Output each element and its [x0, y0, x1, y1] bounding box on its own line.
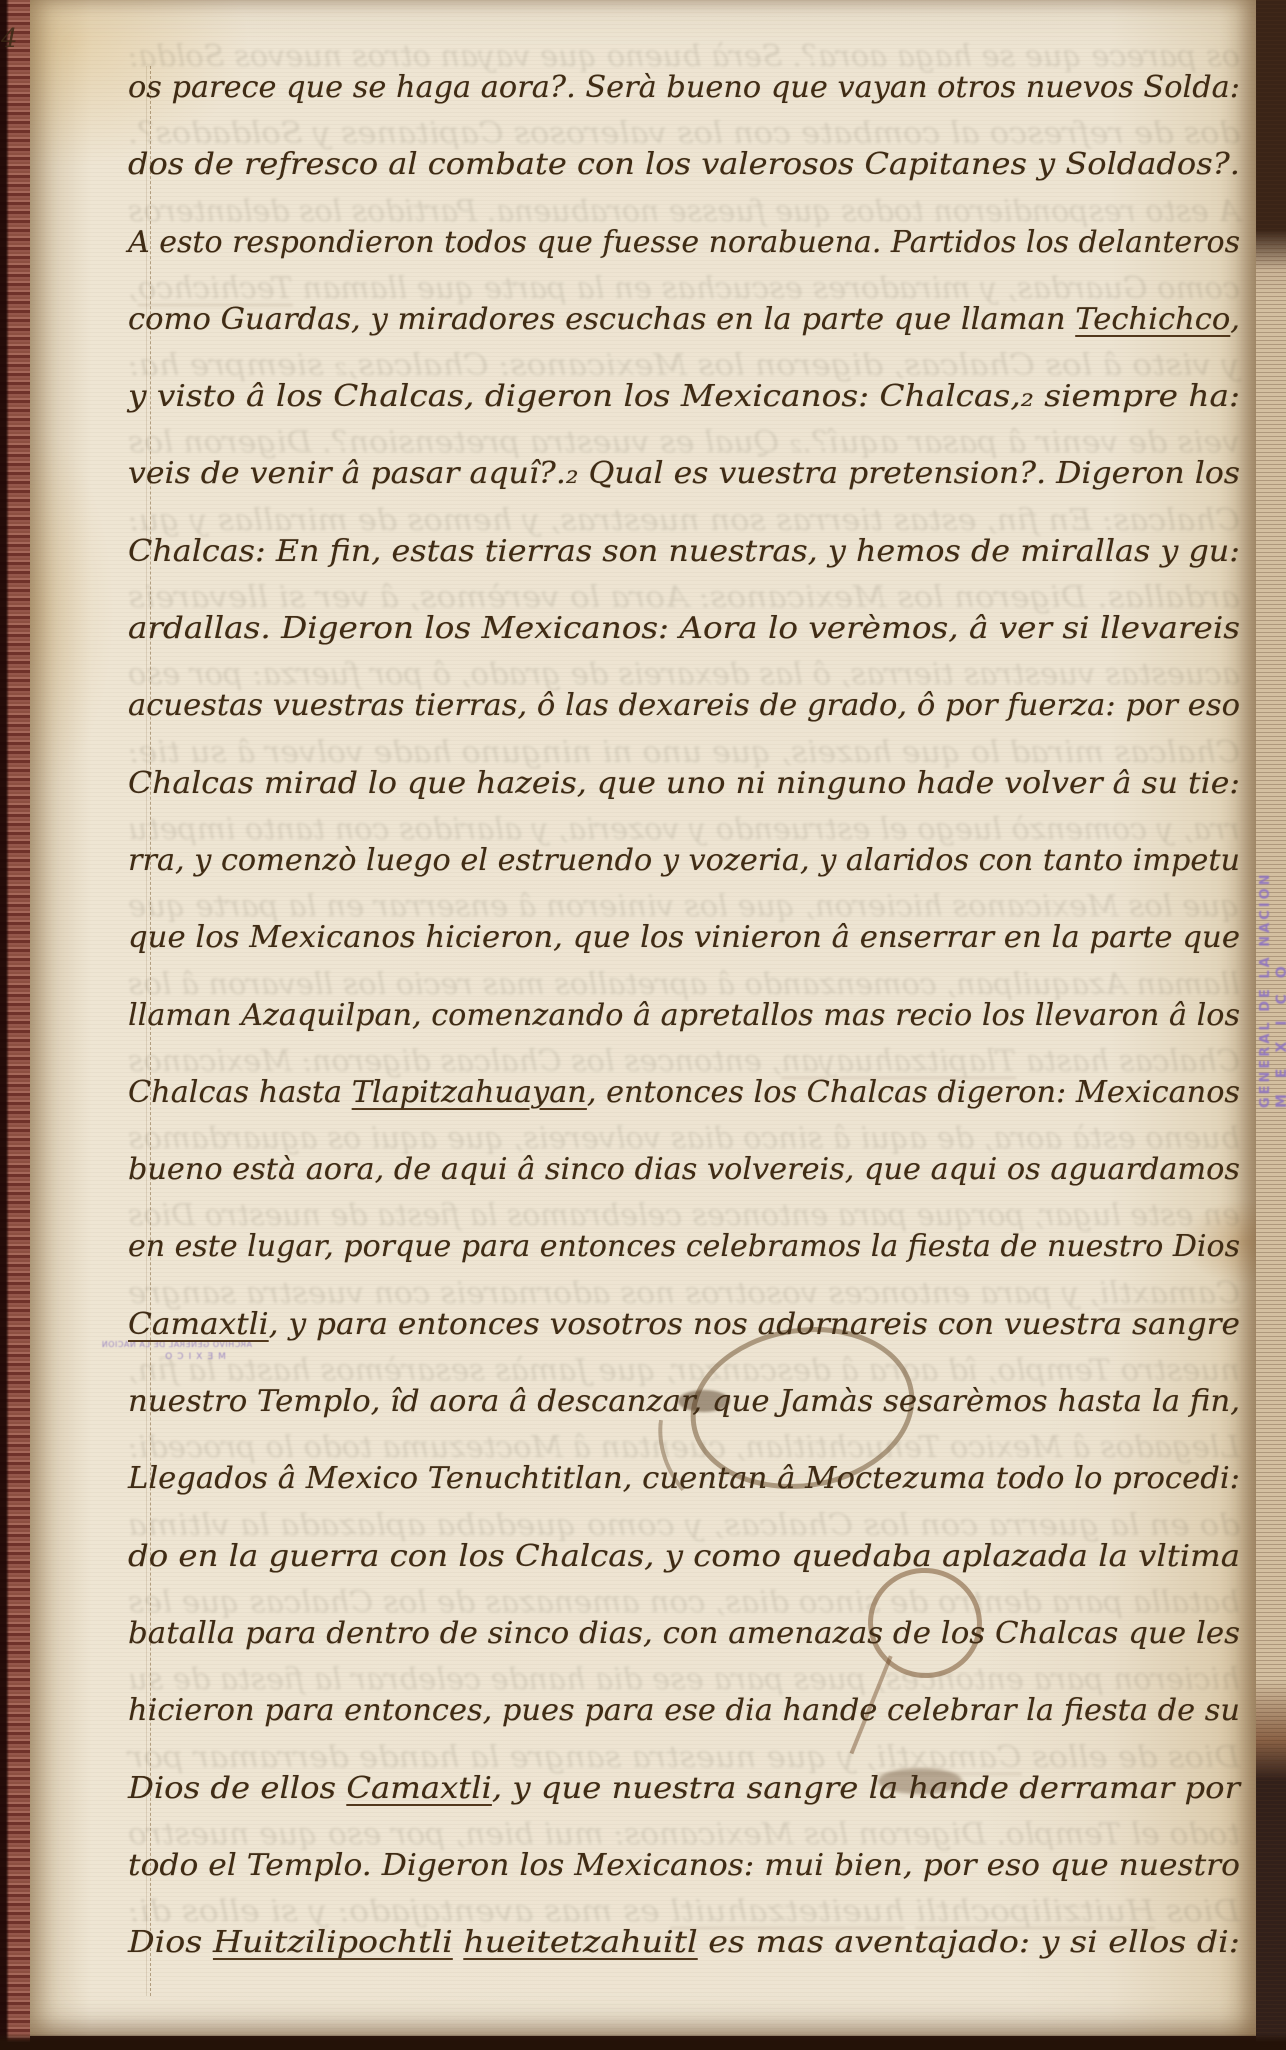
manuscript-line: y visto â los Chalcas, digeron los Mexic… — [128, 358, 1240, 435]
underlined-word: Camaxtli — [128, 1307, 269, 1342]
manuscript-text-segment: , entonces los Chalcas digeron: Mexicano… — [587, 1075, 1240, 1110]
manuscript-line: nuestro Templo, îd aora â descanzar, que… — [128, 1363, 1240, 1440]
manuscript-line: dos de refresco al combate con los valer… — [128, 126, 1240, 203]
manuscript-text-segment: Dios — [128, 1925, 213, 1960]
manuscript-line: ardallas. Digeron los Mexicanos: Aora lo… — [128, 590, 1240, 667]
manuscript-line: do en la guerra con los Chalcas, y como … — [128, 1518, 1240, 1595]
underlined-word: hueitetzahuitl — [463, 1925, 697, 1960]
folio-mark: 4 — [1, 24, 18, 54]
manuscript-text-segment: acuestas vuestras tierras, ô las dexarei… — [128, 688, 1240, 723]
manuscript-line: Chalcas: En fin, estas tierras son nuest… — [128, 513, 1240, 590]
book-binding-edge-left — [0, 0, 30, 2050]
underlined-word: Camaxtli — [346, 1771, 492, 1806]
manuscript-text-segment: batalla para dentro de sinco dias, con a… — [128, 1616, 1240, 1651]
manuscript-text-segment: bueno està aora, de aqui â sinco dias vo… — [128, 1152, 1240, 1187]
manuscript-text-segment: nuestro Templo, îd aora â descanzar, que… — [128, 1384, 1240, 1419]
manuscript-text-segment: ardallas. Digeron los Mexicanos: Aora lo… — [128, 611, 1240, 646]
manuscript-text-segment: es mas aventajado: y si ellos di: — [698, 1925, 1240, 1960]
manuscript-text-segment — [453, 1925, 464, 1960]
manuscript-text-segment: Chalcas mirad lo que hazeis, que uno ni … — [128, 766, 1240, 801]
manuscript-text-segment: llaman Azaquilpan, comenzando â apretall… — [128, 998, 1240, 1033]
manuscript-line: os parece que se haga aora?. Serà bueno … — [128, 49, 1240, 126]
manuscript-text-segment: que los Mexicanos hicieron, que los vini… — [128, 920, 1240, 955]
manuscript-text-segment: , — [1230, 302, 1240, 337]
manuscript-text-segment: Chalcas hasta — [128, 1075, 352, 1110]
manuscript-line: Dios Huitzilipochtli hueitetzahuitl es m… — [128, 1904, 1240, 1981]
manuscript-text-segment: veis de venir â pasar aquî?.₂ Qual es vu… — [128, 456, 1240, 491]
manuscript-line: Llegados â Mexico Tenuchtitlan, cuentan … — [128, 1440, 1240, 1517]
manuscript-text-segment: , y que nuestra sangre la hande derramar… — [492, 1771, 1240, 1806]
manuscript-text: os parece que se haga aora?. Serà bueno … — [128, 49, 1240, 1981]
archive-stamp-text: MEXICO — [1274, 728, 1286, 1108]
manuscript-text-segment: como Guardas, y miradores escuchas en la… — [128, 302, 1075, 337]
manuscript-text-segment: Dios de ellos — [128, 1771, 346, 1806]
manuscript-text-segment: Llegados â Mexico Tenuchtitlan, cuentan … — [128, 1461, 1240, 1496]
manuscript-text-segment: y visto â los Chalcas, digeron los Mexic… — [128, 379, 1240, 414]
manuscript-line: hicieron para entonces, pues para ese di… — [128, 1672, 1240, 1749]
underlined-word: Huitzilipochtli — [213, 1925, 453, 1960]
manuscript-text-segment: os parece que se haga aora?. Serà bueno … — [128, 70, 1240, 105]
archive-stamp-fore-edge: GENERAL DE LA NACION MEXICO — [1256, 688, 1286, 1108]
manuscript-line: batalla para dentro de sinco dias, con a… — [128, 1595, 1240, 1672]
manuscript-line: que los Mexicanos hicieron, que los vini… — [128, 899, 1240, 976]
manuscript-text-segment: Chalcas: En fin, estas tierras son nuest… — [128, 534, 1240, 569]
manuscript-text-segment: , y para entonces vosotros nos adornarei… — [269, 1307, 1240, 1342]
archive-stamp-text: GENERAL DE LA NACION — [1258, 688, 1273, 1108]
manuscript-text-segment: A esto respondieron todos que fuesse nor… — [128, 225, 1240, 260]
manuscript-scan: { "page": { "folio_mark": "4" }, "manusc… — [0, 0, 1286, 2050]
manuscript-line: como Guardas, y miradores escuchas en la… — [128, 281, 1240, 358]
manuscript-line: Camaxtli, y para entonces vosotros nos a… — [128, 1286, 1240, 1363]
manuscript-line: A esto respondieron todos que fuesse nor… — [128, 204, 1240, 281]
manuscript-line: Chalcas mirad lo que hazeis, que uno ni … — [128, 745, 1240, 822]
manuscript-text-segment: do en la guerra con los Chalcas, y como … — [128, 1539, 1240, 1574]
manuscript-text-segment: dos de refresco al combate con los valer… — [128, 147, 1240, 182]
underlined-word: Techichco — [1075, 302, 1230, 337]
manuscript-text-segment: todo el Templo. Digeron los Mexicanos: m… — [128, 1848, 1240, 1883]
manuscript-line: veis de venir â pasar aquî?.₂ Qual es vu… — [128, 435, 1240, 512]
manuscript-line: bueno està aora, de aqui â sinco dias vo… — [128, 1131, 1240, 1208]
manuscript-line: en este lugar, porque para entonces cele… — [128, 1208, 1240, 1285]
manuscript-line: Chalcas hasta Tlapitzahuayan, entonces l… — [128, 1054, 1240, 1131]
manuscript-line: rra, y comenzò luego el estruendo y voze… — [128, 822, 1240, 899]
underlined-word: Tlapitzahuayan — [352, 1075, 587, 1110]
manuscript-line: Dios de ellos Camaxtli, y que nuestra sa… — [128, 1750, 1240, 1827]
manuscript-text-segment: hicieron para entonces, pues para ese di… — [128, 1693, 1240, 1728]
manuscript-text-segment: en este lugar, porque para entonces cele… — [128, 1229, 1240, 1264]
manuscript-line: todo el Templo. Digeron los Mexicanos: m… — [128, 1827, 1240, 1904]
manuscript-line: llaman Azaquilpan, comenzando â apretall… — [128, 977, 1240, 1054]
manuscript-line: acuestas vuestras tierras, ô las dexarei… — [128, 667, 1240, 744]
manuscript-page: os parece que se haga aora?. Serà bueno … — [30, 0, 1256, 2036]
manuscript-text-segment: rra, y comenzò luego el estruendo y voze… — [128, 843, 1240, 878]
book-edge-bottom — [0, 2034, 1286, 2050]
